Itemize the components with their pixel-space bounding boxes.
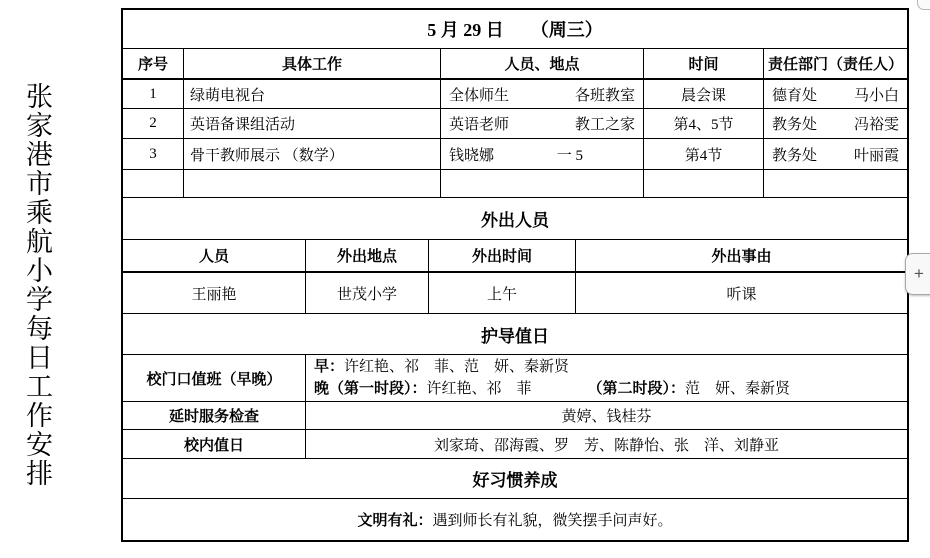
row-dept-owner: 德育处 马小白: [764, 80, 907, 108]
column-header-task: 具体工作: [184, 49, 441, 78]
row-place: 教工之家: [575, 113, 635, 134]
row-owner: 马小白: [854, 84, 899, 105]
duty-gate-evening-names: 许红艳、祁 菲: [427, 381, 532, 397]
outing-header-row: 人员 外出地点 外出时间 外出事由: [123, 240, 907, 273]
row-person: 钱晓娜: [449, 144, 494, 165]
work-table-row-empty: [123, 170, 907, 198]
row-person: 英语老师: [449, 113, 509, 134]
work-table-row: 2 英语备课组活动 英语老师 教工之家 第4、5节 教务处 冯裕雯: [123, 109, 907, 139]
habit-text: 遇到师长有礼貌，微笑摆手问声好。: [433, 509, 673, 530]
duty-campus-value: 刘家琦、邵海霞、罗 芳、陈静怡、张 洋、刘静亚: [306, 430, 907, 458]
duty-gate-row: 校门口值班（早晚） 早：许红艳、祁 菲、范 妍、秦新贤 晚（第一时段）：许红艳、…: [123, 355, 907, 402]
work-table-row: 1 绿萌电视台 全体师生 各班教室 晨会课 德育处 马小白: [123, 80, 907, 109]
row-person-place: 钱晓娜 一 5: [441, 139, 644, 169]
row-no: 2: [123, 109, 184, 138]
row-owner: 叶丽霞: [854, 144, 899, 165]
duty-section-title: 护导值日: [123, 314, 907, 354]
outing-header-person: 人员: [123, 240, 306, 271]
date-title-row: 5 月 29 日 （周三）: [123, 10, 907, 49]
habit-content-row: 文明有礼：遇到师长有礼貌，微笑摆手问声好。: [123, 499, 907, 540]
plus-icon: +: [914, 264, 924, 284]
outing-section-title: 外出人员: [123, 198, 907, 239]
outing-header-place: 外出地点: [306, 240, 429, 271]
outing-header-reason: 外出事由: [576, 240, 907, 271]
duty-gate-evening-line: 晚（第一时段）：许红艳、祁 菲（第二时段）：范 妍、秦新贤: [314, 378, 790, 400]
duty-gate-content: 早：许红艳、祁 菲、范 妍、秦新贤 晚（第一时段）：许红艳、祁 菲（第二时段）：…: [306, 355, 907, 401]
row-person-place: [441, 170, 644, 197]
date-title: 5 月 29 日 （周三）: [123, 10, 907, 48]
column-header-person-place: 人员、地点: [441, 49, 644, 78]
habit-prefix: 文明有礼：: [357, 509, 432, 530]
row-time: 第4、5节: [644, 109, 764, 138]
row-no: 3: [123, 139, 184, 169]
duty-delay-row: 延时服务检查 黄婷、钱桂芬: [123, 402, 907, 430]
row-dept: 德育处: [772, 84, 817, 105]
row-place: 各班教室: [575, 84, 635, 105]
row-person-place: 英语老师 教工之家: [441, 109, 644, 138]
row-task: 绿萌电视台: [184, 80, 441, 108]
column-header-time: 时间: [644, 49, 764, 78]
document-vertical-title: 张家港市乘航小学每日工作安排: [20, 82, 54, 488]
duty-gate-morning-prefix: 早：: [314, 359, 344, 375]
outing-place: 世茂小学: [306, 273, 429, 313]
duty-delay-label: 延时服务检查: [123, 402, 306, 429]
work-table-header-row: 序号 具体工作 人员、地点 时间 责任部门（责任人）: [123, 49, 907, 80]
row-time: 第4节: [644, 139, 764, 169]
duty-gate-morning-names: 许红艳、祁 菲、范 妍、秦新贤: [344, 359, 569, 375]
row-task: 骨干教师展示 （数学）: [184, 139, 441, 169]
outing-header-time: 外出时间: [429, 240, 576, 271]
add-button[interactable]: +: [905, 253, 930, 295]
row-time: [644, 170, 764, 197]
habit-section-title-row: 好习惯养成: [123, 459, 907, 499]
work-table-row: 3 骨干教师展示 （数学） 钱晓娜 一 5 第4节 教务处 叶丽霞: [123, 139, 907, 170]
column-header-dept: 责任部门（责任人）: [764, 49, 907, 78]
row-dept: 教务处: [772, 144, 817, 165]
row-place: 一 5: [557, 144, 583, 165]
duty-gate-period2-names: 范 妍、秦新贤: [685, 381, 790, 397]
duty-delay-value: 黄婷、钱桂芬: [306, 402, 907, 429]
row-time: 晨会课: [644, 80, 764, 108]
duty-gate-evening-prefix: 晚（第一时段）：: [314, 381, 427, 397]
row-owner: 冯裕雯: [854, 113, 899, 134]
row-dept-owner: [764, 170, 907, 197]
habit-content: 文明有礼：遇到师长有礼貌，微笑摆手问声好。: [123, 499, 907, 540]
duty-campus-label: 校内值日: [123, 430, 306, 458]
column-header-no: 序号: [123, 49, 184, 78]
outing-time: 上午: [429, 273, 576, 313]
duty-campus-row: 校内值日 刘家琦、邵海霞、罗 芳、陈静怡、张 洋、刘静亚: [123, 430, 907, 459]
row-task: [184, 170, 441, 197]
row-person-place: 全体师生 各班教室: [441, 80, 644, 108]
habit-section-title: 好习惯养成: [123, 459, 907, 498]
row-dept-owner: 教务处 叶丽霞: [764, 139, 907, 169]
daily-schedule-table: 5 月 29 日 （周三） 序号 具体工作 人员、地点 时间 责任部门（责任人）…: [121, 8, 909, 542]
row-no: [123, 170, 184, 197]
row-dept-owner: 教务处 冯裕雯: [764, 109, 907, 138]
row-task: 英语备课组活动: [184, 109, 441, 138]
duty-gate-morning-line: 早：许红艳、祁 菲、范 妍、秦新贤: [314, 356, 569, 378]
duty-gate-label: 校门口值班（早晚）: [123, 355, 306, 401]
duty-section-title-row: 护导值日: [123, 314, 907, 355]
outing-row: 王丽艳 世茂小学 上午 听课: [123, 273, 907, 314]
row-no: 1: [123, 80, 184, 108]
outing-person: 王丽艳: [123, 273, 306, 313]
outing-reason: 听课: [576, 273, 907, 313]
outing-section-title-row: 外出人员: [123, 198, 907, 240]
row-person: 全体师生: [449, 84, 509, 105]
duty-gate-period2-prefix: （第二时段）：: [588, 381, 686, 397]
row-dept: 教务处: [772, 113, 817, 134]
corner-button-fragment[interactable]: [917, 0, 930, 10]
